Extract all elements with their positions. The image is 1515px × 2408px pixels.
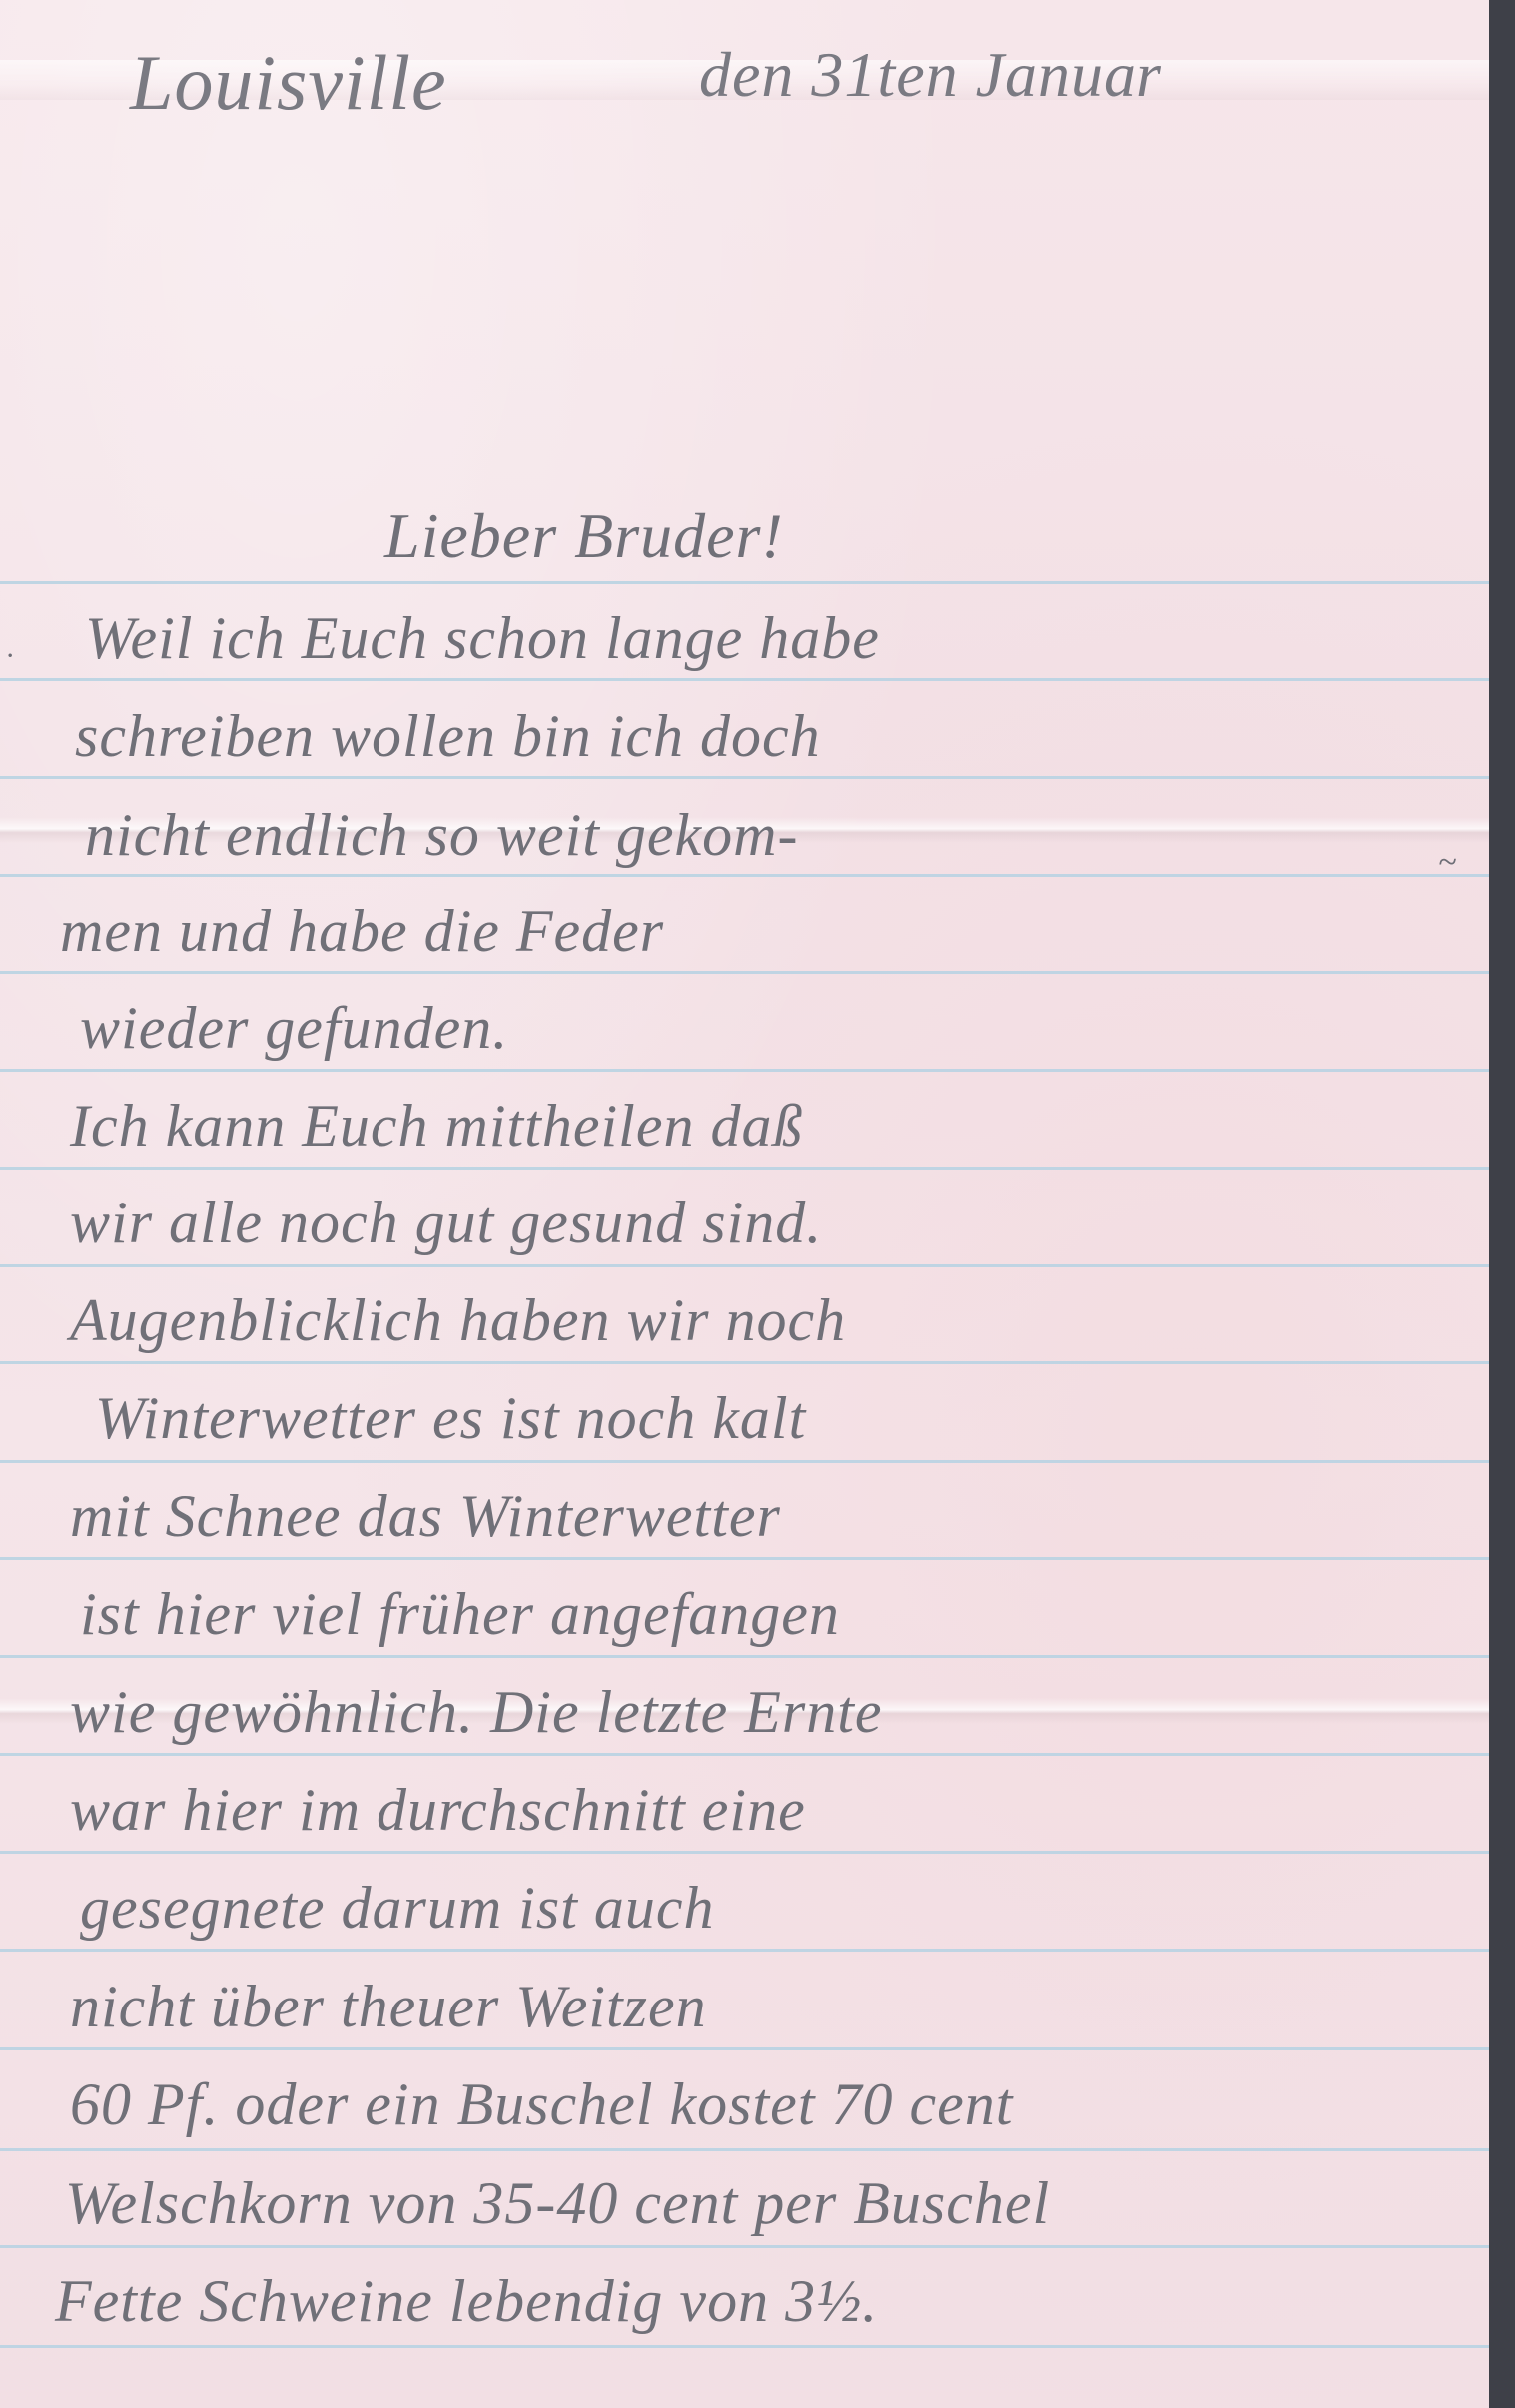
ruled-line: [0, 2047, 1489, 2050]
body-line: 60 Pf. oder ein Buschel kostet 70 cent: [70, 2070, 1013, 2139]
margin-dot: ·: [6, 639, 14, 673]
ruled-line: [0, 1361, 1489, 1364]
ruled-line: [0, 1557, 1489, 1560]
letter-date: den 31ten Januar: [699, 38, 1162, 112]
body-line: Fette Schweine lebendig von 3½.: [55, 2267, 878, 2336]
ruled-line: [0, 971, 1489, 974]
ruled-line: [0, 874, 1489, 877]
body-line: Augenblicklich haben wir noch: [70, 1286, 846, 1355]
body-line: Welschkorn von 35-40 cent per Buschel: [65, 2169, 1050, 2238]
ruled-line: [0, 1460, 1489, 1463]
hyphen-mark: ~: [1438, 844, 1456, 882]
ruled-line: [0, 2345, 1489, 2348]
letter-page: Louisville den 31ten Januar Lieber Brude…: [0, 0, 1489, 2408]
ruled-line: [0, 776, 1489, 779]
body-line: nicht über theuer Weitzen: [70, 1973, 707, 2041]
body-line: gesegnete darum ist auch: [80, 1874, 715, 1943]
ruled-line: [0, 581, 1489, 584]
ruled-line: [0, 1167, 1489, 1170]
ruled-line: [0, 1069, 1489, 1072]
body-line: wir alle noch gut gesund sind.: [70, 1189, 822, 1257]
body-line: wie gewöhnlich. Die letzte Ernte: [70, 1678, 883, 1747]
ruled-line: [0, 678, 1489, 681]
body-line: mit Schnee das Winterwetter: [70, 1482, 781, 1551]
ruled-line: [0, 1655, 1489, 1658]
ruled-line: [0, 2245, 1489, 2248]
body-line: schreiben wollen bin ich doch: [75, 702, 821, 771]
body-line: wieder gefunden.: [80, 994, 508, 1063]
body-line: nicht endlich so weit gekom-: [85, 801, 798, 870]
body-line: ist hier viel früher angefangen: [80, 1580, 840, 1649]
ruled-line: [0, 1753, 1489, 1756]
letter-place: Louisville: [130, 38, 447, 128]
body-line: Ich kann Euch mittheilen daß: [70, 1092, 803, 1161]
ruled-line: [0, 1264, 1489, 1267]
body-line: war hier im durchschnitt eine: [70, 1776, 806, 1845]
body-line: Weil ich Euch schon lange habe: [85, 604, 880, 673]
ruled-line: [0, 1949, 1489, 1952]
salutation: Lieber Bruder!: [384, 499, 784, 573]
ruled-line: [0, 2148, 1489, 2151]
body-line: men und habe die Feder: [60, 897, 664, 966]
ruled-line: [0, 1851, 1489, 1854]
body-line: Winterwetter es ist noch kalt: [95, 1384, 806, 1453]
